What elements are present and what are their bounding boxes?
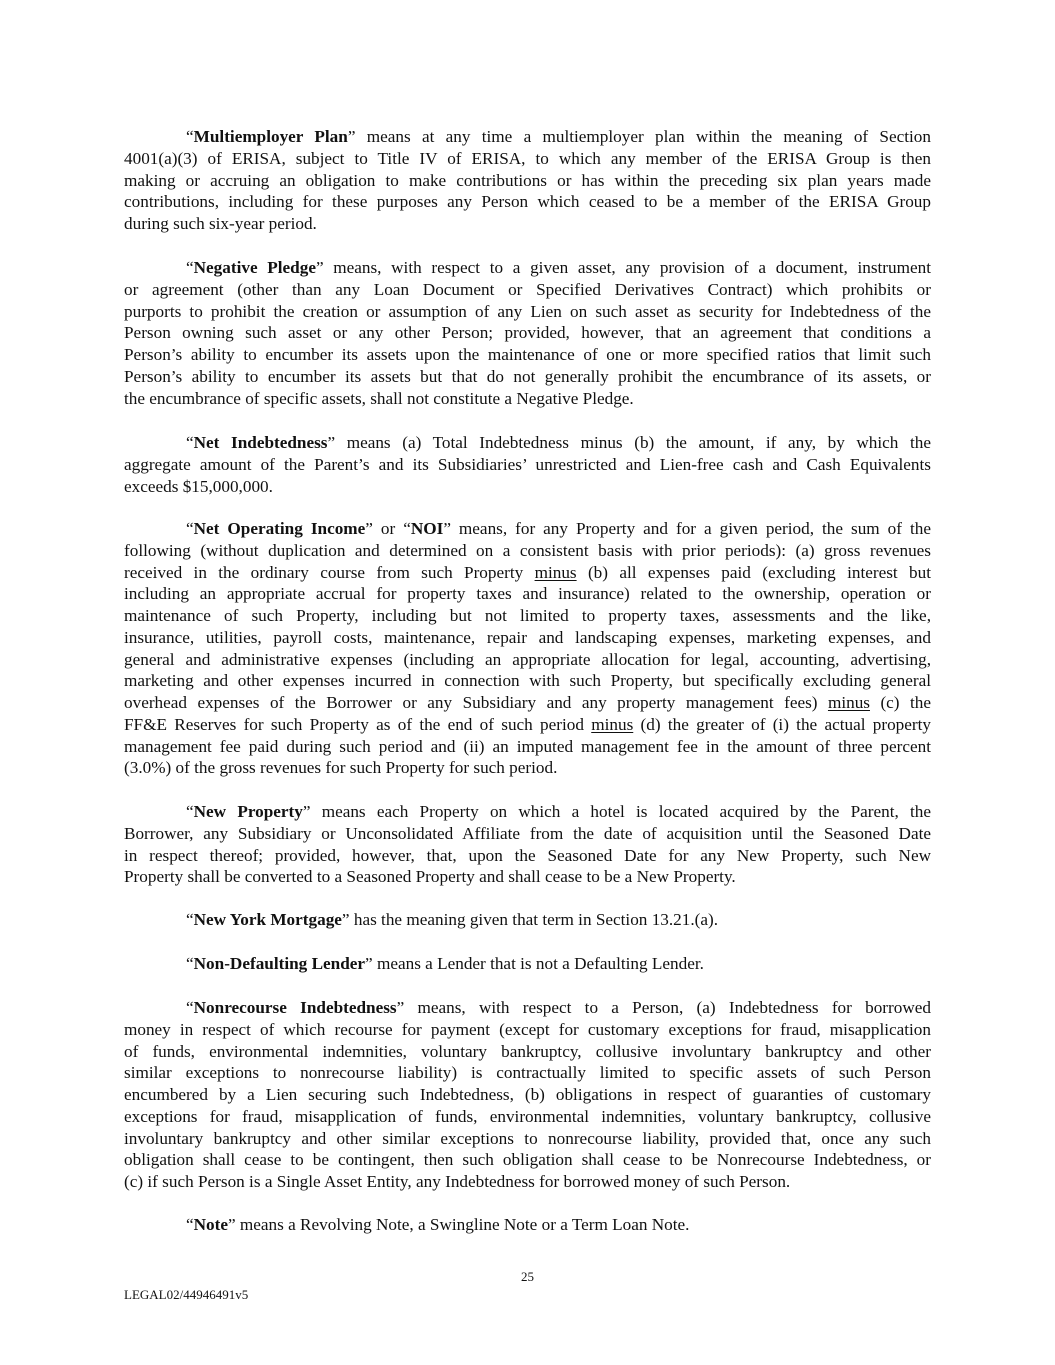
text-run: “: [186, 1215, 194, 1234]
text-line: Person owning such asset or any other Pe…: [124, 322, 931, 344]
text-run: received in the ordinary course from suc…: [124, 563, 535, 582]
text-line: in respect thereof; provided, however, t…: [124, 845, 931, 867]
text-run: “: [186, 519, 194, 538]
text-run: similar exceptions to nonrecourse liabil…: [124, 1063, 931, 1082]
text-run: (d) the greater of (i) the actual proper…: [633, 715, 931, 734]
text-run: money in respect of which recourse for p…: [124, 1020, 931, 1039]
definition-new-york-mortgage: “New York Mortgage” has the meaning give…: [124, 909, 931, 931]
text-run: making or accruing an obligation to make…: [124, 171, 931, 190]
text-line: management fee paid during such period a…: [124, 736, 931, 758]
text-line: during such six-year period.: [124, 213, 931, 235]
text-line: the encumbrance of specific assets, shal…: [124, 388, 931, 410]
text-run: in respect thereof; provided, however, t…: [124, 846, 931, 865]
text-run: Person owning such asset or any other Pe…: [124, 323, 931, 342]
text-run: following (without duplication and deter…: [124, 541, 931, 560]
definition-net-indebtedness: “Net Indebtedness” means (a) Total Indeb…: [124, 432, 931, 497]
text-line: encumbered by a Lien securing such Indeb…: [124, 1084, 931, 1106]
text-run: (c) if such Person is a Single Asset Ent…: [124, 1172, 790, 1191]
text-run: Property shall be converted to a Seasone…: [124, 867, 736, 886]
defined-term: Non-Defaulting Lender: [194, 954, 365, 973]
underlined-word: minus: [828, 693, 870, 712]
text-run: (3.0%) of the gross revenues for such Pr…: [124, 758, 557, 777]
text-run: purports to prohibit the creation or ass…: [124, 302, 931, 321]
document-page: “Multiemployer Plan” means at any time a…: [0, 0, 1055, 1365]
text-line: marketing and other expenses incurred in…: [124, 670, 931, 692]
text-line: “Nonrecourse Indebtedness” means, with r…: [124, 997, 931, 1019]
text-line: “New Property” means each Property on wh…: [124, 801, 931, 823]
text-run: exceptions for fraud, misapplication of …: [124, 1107, 931, 1126]
text-run: ” or “: [365, 519, 411, 538]
defined-term: Nonrecourse Indebtedness: [194, 998, 397, 1017]
text-line: “Negative Pledge” means, with respect to…: [124, 257, 931, 279]
text-line: money in respect of which recourse for p…: [124, 1019, 931, 1041]
definition-non-defaulting-lender: “Non-Defaulting Lender” means a Lender t…: [124, 953, 931, 975]
text-run: “: [186, 802, 194, 821]
defined-term: Note: [194, 1215, 228, 1234]
text-run: “: [186, 954, 194, 973]
text-line: of funds, environmental indemnities, vol…: [124, 1041, 931, 1063]
underlined-word: minus: [591, 715, 633, 734]
text-run: (b) all expenses paid (excluding interes…: [577, 563, 931, 582]
text-line: Property shall be converted to a Seasone…: [124, 866, 931, 888]
text-run: “: [186, 433, 194, 452]
text-run: “: [186, 910, 194, 929]
text-line: overhead expenses of the Borrower or any…: [124, 692, 931, 714]
text-run: “: [186, 258, 194, 277]
text-line: “New York Mortgage” has the meaning give…: [124, 909, 931, 931]
text-line: (c) if such Person is a Single Asset Ent…: [124, 1171, 931, 1193]
text-line: received in the ordinary course from suc…: [124, 562, 931, 584]
text-run: involuntary bankruptcy and other similar…: [124, 1129, 931, 1148]
text-line: following (without duplication and deter…: [124, 540, 931, 562]
text-line: exceptions for fraud, misapplication of …: [124, 1106, 931, 1128]
text-line: “Note” means a Revolving Note, a Swingli…: [124, 1214, 931, 1236]
text-line: insurance, utilities, payroll costs, mai…: [124, 627, 931, 649]
defined-term: NOI: [411, 519, 443, 538]
text-line: exceeds $15,000,000.: [124, 476, 931, 498]
underlined-word: minus: [535, 563, 577, 582]
text-run: ” means, for any Property and for a give…: [443, 519, 931, 538]
defined-term: Net Indebtedness: [194, 433, 328, 452]
text-run: “: [186, 127, 194, 146]
text-run: ” means (a) Total Indebtedness minus (b)…: [327, 433, 931, 452]
text-run: ” has the meaning given that term in Sec…: [342, 910, 718, 929]
text-line: including an appropriate accrual for pro…: [124, 583, 931, 605]
text-line: maintenance of such Property, including …: [124, 605, 931, 627]
definition-new-property: “New Property” means each Property on wh…: [124, 801, 931, 888]
text-run: aggregate amount of the Parent’s and its…: [124, 455, 931, 474]
text-line: “Net Operating Income” or “NOI” means, f…: [124, 518, 931, 540]
text-run: the encumbrance of specific assets, shal…: [124, 389, 634, 408]
defined-term: Net Operating Income: [194, 519, 366, 538]
defined-term: Multiemployer Plan: [194, 127, 348, 146]
text-run: maintenance of such Property, including …: [124, 606, 931, 625]
text-line: (3.0%) of the gross revenues for such Pr…: [124, 757, 931, 779]
definition-net-operating-income: “Net Operating Income” or “NOI” means, f…: [124, 518, 931, 779]
defined-term: New Property: [194, 802, 303, 821]
text-line: “Non-Defaulting Lender” means a Lender t…: [124, 953, 931, 975]
text-run: ” means a Lender that is not a Defaultin…: [365, 954, 704, 973]
text-line: involuntary bankruptcy and other similar…: [124, 1128, 931, 1150]
definition-note: “Note” means a Revolving Note, a Swingli…: [124, 1214, 931, 1236]
text-run: management fee paid during such period a…: [124, 737, 931, 756]
text-run: ” means each Property on which a hotel i…: [303, 802, 931, 821]
text-run: Person’s ability to encumber its assets …: [124, 345, 931, 364]
text-line: FF&E Reserves for such Property as of th…: [124, 714, 931, 736]
text-run: including an appropriate accrual for pro…: [124, 584, 931, 603]
text-line: contributions, including for these purpo…: [124, 191, 931, 213]
text-line: similar exceptions to nonrecourse liabil…: [124, 1062, 931, 1084]
document-id: LEGAL02/44946491v5: [124, 1287, 248, 1303]
defined-term: Negative Pledge: [194, 258, 316, 277]
text-line: “Multiemployer Plan” means at any time a…: [124, 126, 931, 148]
text-run: general and administrative expenses (inc…: [124, 650, 931, 669]
text-run: or agreement (other than any Loan Docume…: [124, 280, 931, 299]
text-run: exceeds $15,000,000.: [124, 477, 273, 496]
text-line: aggregate amount of the Parent’s and its…: [124, 454, 931, 476]
text-line: Person’s ability to encumber its assets …: [124, 344, 931, 366]
text-run: marketing and other expenses incurred in…: [124, 671, 931, 690]
text-line: 4001(a)(3) of ERISA, subject to Title IV…: [124, 148, 931, 170]
text-run: Person’s ability to encumber its assets …: [124, 367, 931, 386]
text-run: ” means at any time a multiemployer plan…: [348, 127, 931, 146]
text-run: FF&E Reserves for such Property as of th…: [124, 715, 591, 734]
definition-nonrecourse-indebtedness: “Nonrecourse Indebtedness” means, with r…: [124, 997, 931, 1193]
text-run: of funds, environmental indemnities, vol…: [124, 1042, 931, 1061]
text-line: general and administrative expenses (inc…: [124, 649, 931, 671]
text-run: 4001(a)(3) of ERISA, subject to Title IV…: [124, 149, 931, 168]
text-line: or agreement (other than any Loan Docume…: [124, 279, 931, 301]
text-line: making or accruing an obligation to make…: [124, 170, 931, 192]
text-run: encumbered by a Lien securing such Indeb…: [124, 1085, 931, 1104]
definition-multiemployer-plan: “Multiemployer Plan” means at any time a…: [124, 126, 931, 235]
text-line: obligation shall cease to be contingent,…: [124, 1149, 931, 1171]
text-run: contributions, including for these purpo…: [124, 192, 931, 211]
text-run: ” means, with respect to a Person, (a) I…: [397, 998, 931, 1017]
text-line: purports to prohibit the creation or ass…: [124, 301, 931, 323]
text-run: during such six-year period.: [124, 214, 317, 233]
text-run: “: [186, 998, 194, 1017]
text-run: Borrower, any Subsidiary or Unconsolidat…: [124, 824, 931, 843]
text-run: obligation shall cease to be contingent,…: [124, 1150, 931, 1169]
text-run: insurance, utilities, payroll costs, mai…: [124, 628, 931, 647]
page-number: 25: [0, 1269, 1055, 1285]
text-run: overhead expenses of the Borrower or any…: [124, 693, 828, 712]
definition-negative-pledge: “Negative Pledge” means, with respect to…: [124, 257, 931, 409]
text-line: “Net Indebtedness” means (a) Total Indeb…: [124, 432, 931, 454]
text-run: (c) the: [870, 693, 931, 712]
defined-term: New York Mortgage: [194, 910, 342, 929]
text-line: Person’s ability to encumber its assets …: [124, 366, 931, 388]
text-line: Borrower, any Subsidiary or Unconsolidat…: [124, 823, 931, 845]
text-run: ” means a Revolving Note, a Swingline No…: [228, 1215, 689, 1234]
text-run: ” means, with respect to a given asset, …: [316, 258, 931, 277]
